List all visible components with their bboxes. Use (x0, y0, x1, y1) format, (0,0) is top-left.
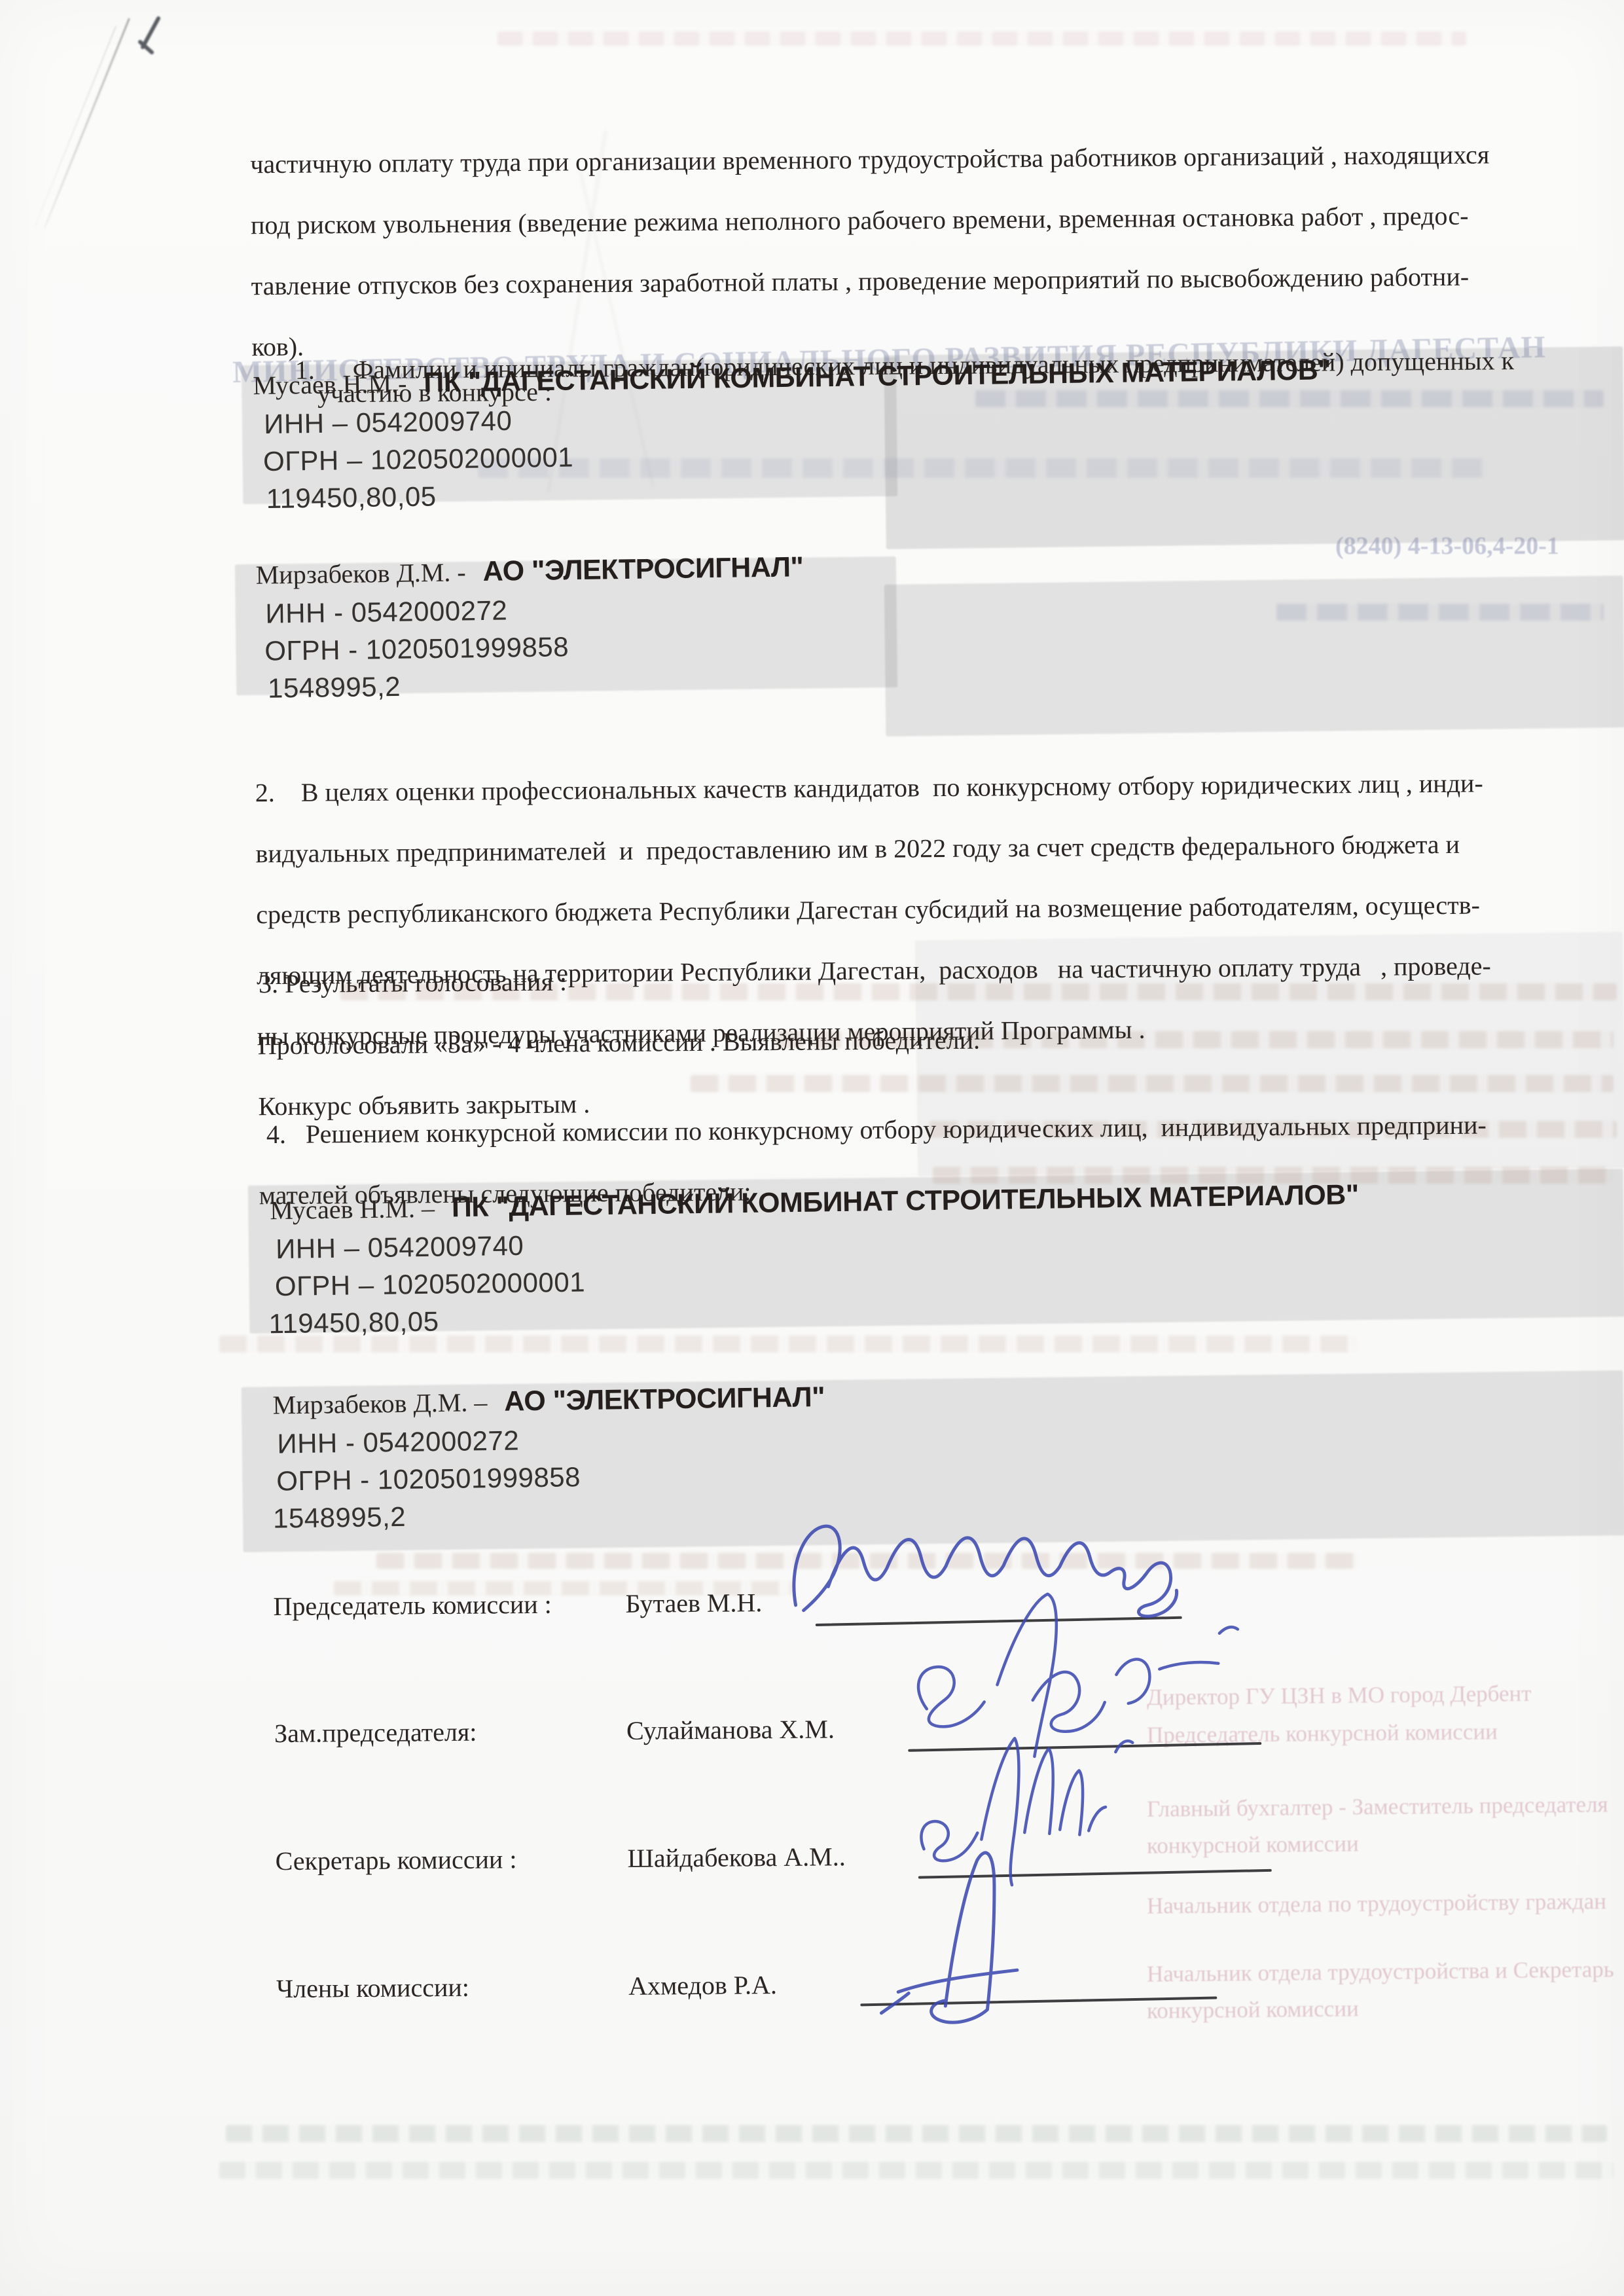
winner-person: Мирзабеков Д.М. – (272, 1387, 487, 1420)
winner-person: Мусаев Н.М. – (270, 1194, 435, 1226)
participant-org: ПК "ДАГЕСТАНСКИЙ КОМБИНАТ СТРОИТЕЛЬНЫХ М… (424, 354, 1331, 398)
signature-person: Бутаев М.Н. (625, 1587, 762, 1619)
signature-person: Ахмедов Р.А. (628, 1969, 777, 2001)
document-content: частичную оплату труда при организации в… (0, 0, 1624, 2296)
scanned-document-page: МИНИСТЕРСТВО ТРУДА И СОЦИАЛЬНОГО РАЗВИТИ… (0, 0, 1624, 2296)
intro-line: частичную оплату труда при организации в… (250, 136, 1546, 183)
signature-row: Члены комиссии: Ахмедов Р.А. (14, 1963, 1624, 2014)
list-item-4-line1: 4. Решением конкурсной комиссии по конку… (266, 1105, 1576, 1153)
winner-org: АО "ЭЛЕКТРОСИГНАЛ" (504, 1381, 825, 1417)
signature-person: Шайдабекова А.М.. (627, 1841, 846, 1874)
list-item-1-line1: 1.Фамилии и инициалы граждан(юридических… (242, 304, 1558, 352)
winner-name-line: Мирзабеков Д.М. –АО "ЭЛЕКТРОСИГНАЛ" (272, 1377, 825, 1425)
signature-role: Секретарь комиссии : (275, 1844, 516, 1876)
signature-ink-akhmedov (851, 1832, 1180, 2032)
winner-amount: 1548995,2 (273, 1492, 827, 1537)
signature-role: Зам.председателя: (274, 1717, 477, 1749)
paragraph-2-line: средств республиканского бюджета Республ… (256, 886, 1559, 934)
signature-row: Зам.председателя: Сулайманова Х.М. (12, 1707, 1624, 1759)
participant-block: Мирзабеков Д.М. -АО "ЭЛЕКТРОСИГНАЛ" ИНН … (255, 547, 805, 707)
signature-role: Члены комиссии: (276, 1972, 469, 2004)
signature-person: Сулайманова Х.М. (626, 1713, 835, 1745)
participant-name-line: Мирзабеков Д.М. -АО "ЭЛЕКТРОСИГНАЛ" (255, 547, 804, 595)
participant-amount: 1548995,2 (268, 662, 806, 706)
winner-block: Мусаев Н.М. –ПК "ДАГЕСТАНСКИЙ КОМБИНАТ С… (270, 1175, 1361, 1342)
votes-line: Проголосовали «За» - 4 члена комиссии . … (258, 1021, 981, 1065)
signature-role: Председатель комиссии : (273, 1589, 552, 1622)
paragraph-2-line: видуальных предпринимателей и предоставл… (255, 825, 1558, 873)
signature-row: Секретарь комиссии : Шайдабекова А.М.. (13, 1835, 1624, 1887)
winner-org: ПК "ДАГЕСТАНСКИЙ КОМБИНАТ СТРОИТЕЛЬНЫХ М… (452, 1179, 1359, 1223)
participant-person: Мирзабеков Д.М. - (255, 557, 466, 589)
paragraph-2-line: 2. В целях оценки профессиональных качес… (255, 764, 1558, 812)
intro-line: под риском увольнения (введение режима н… (251, 196, 1547, 244)
participant-org: АО "ЭЛЕКТРОСИГНАЛ" (482, 551, 803, 587)
participant-block: Мусаев Н.М.-ПК "ДАГЕСТАНСКИЙ КОМБИНАТ СТ… (253, 350, 1333, 517)
winner-block: Мирзабеков Д.М. –АО "ЭЛЕКТРОСИГНАЛ" ИНН … (272, 1377, 827, 1537)
section-3-title: 3. Результаты голосования : (259, 963, 567, 1003)
participant-person: Мусаев Н.М.- (253, 369, 407, 400)
